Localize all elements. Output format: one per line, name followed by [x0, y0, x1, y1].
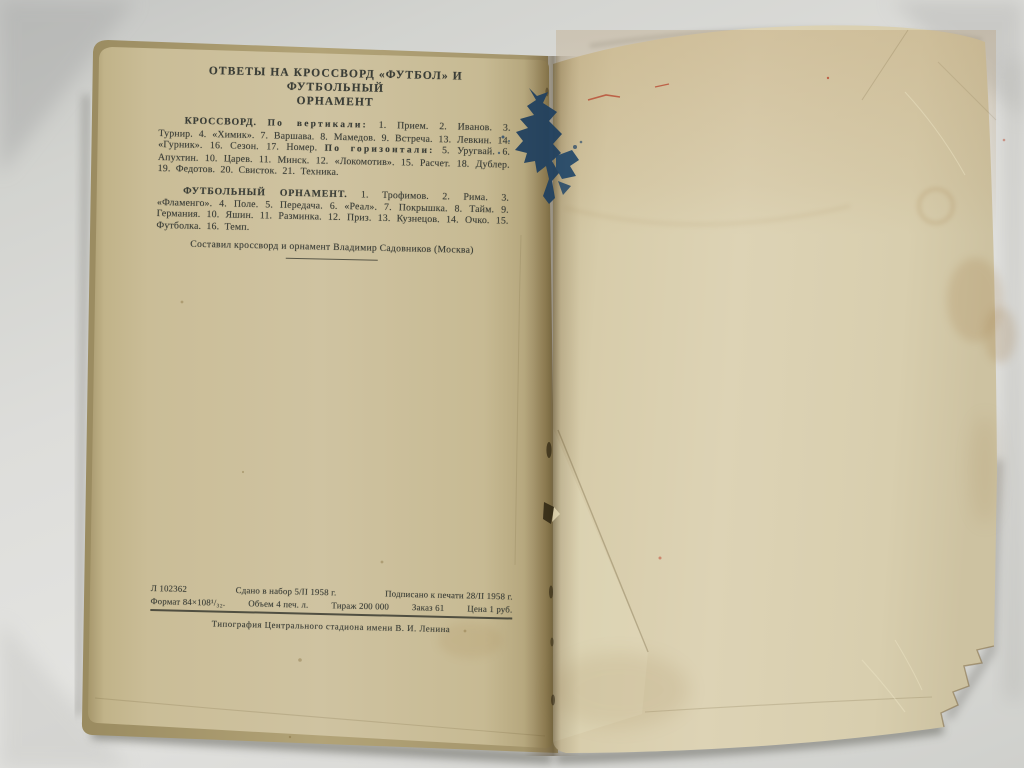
- crossword-horizontal-label: По горизонтали:: [325, 144, 435, 156]
- book-photo: [0, 0, 1024, 768]
- crossword-vertical-label: По вертикали:: [268, 118, 369, 130]
- crossword-answers-paragraph: КРОССВОРД. По вертикали: 1. Прием. 2. Ив…: [158, 115, 511, 183]
- composer-line: Составил кроссворд и орнамент Владимир С…: [156, 238, 508, 257]
- photo-scene: ОТВЕТЫ НА КРОССВОРД «ФУТБОЛ» И ФУТБОЛЬНЫ…: [0, 0, 1024, 768]
- imprint-print-run: Тираж 200 000: [331, 599, 389, 613]
- imprint-order: Заказ 61: [412, 601, 445, 614]
- ornament-answers-paragraph: ФУТБОЛЬНЫЙ ОРНАМЕНТ. 1. Трофимов. 2. Рим…: [156, 185, 509, 239]
- right-page-blotch-3: [971, 415, 999, 525]
- imprint-format: Формат 84×108¹/₃₂.: [150, 594, 225, 608]
- page-title: ОТВЕТЫ НА КРОССВОРД «ФУТБОЛ» И ФУТБОЛЬНЫ…: [159, 63, 512, 113]
- imprint-code: Л 102362: [151, 582, 187, 595]
- imprint-price: Цена 1 руб.: [467, 602, 512, 616]
- imprint-volume: Объем 4 печ. л.: [248, 597, 309, 611]
- left-page-text: ОТВЕТЫ НА КРОССВОРД «ФУТБОЛ» И ФУТБОЛЬНЫ…: [156, 63, 512, 264]
- imprint-block: Л 102362 Сдано в набор 5/II 1958 г. Подп…: [150, 582, 513, 636]
- right-page-top-stain: [556, 30, 996, 235]
- background-edge-shade-right: [1004, 60, 1024, 700]
- right-page-blotch-2: [984, 307, 1016, 363]
- crossword-lead: КРОССВОРД.: [185, 116, 257, 129]
